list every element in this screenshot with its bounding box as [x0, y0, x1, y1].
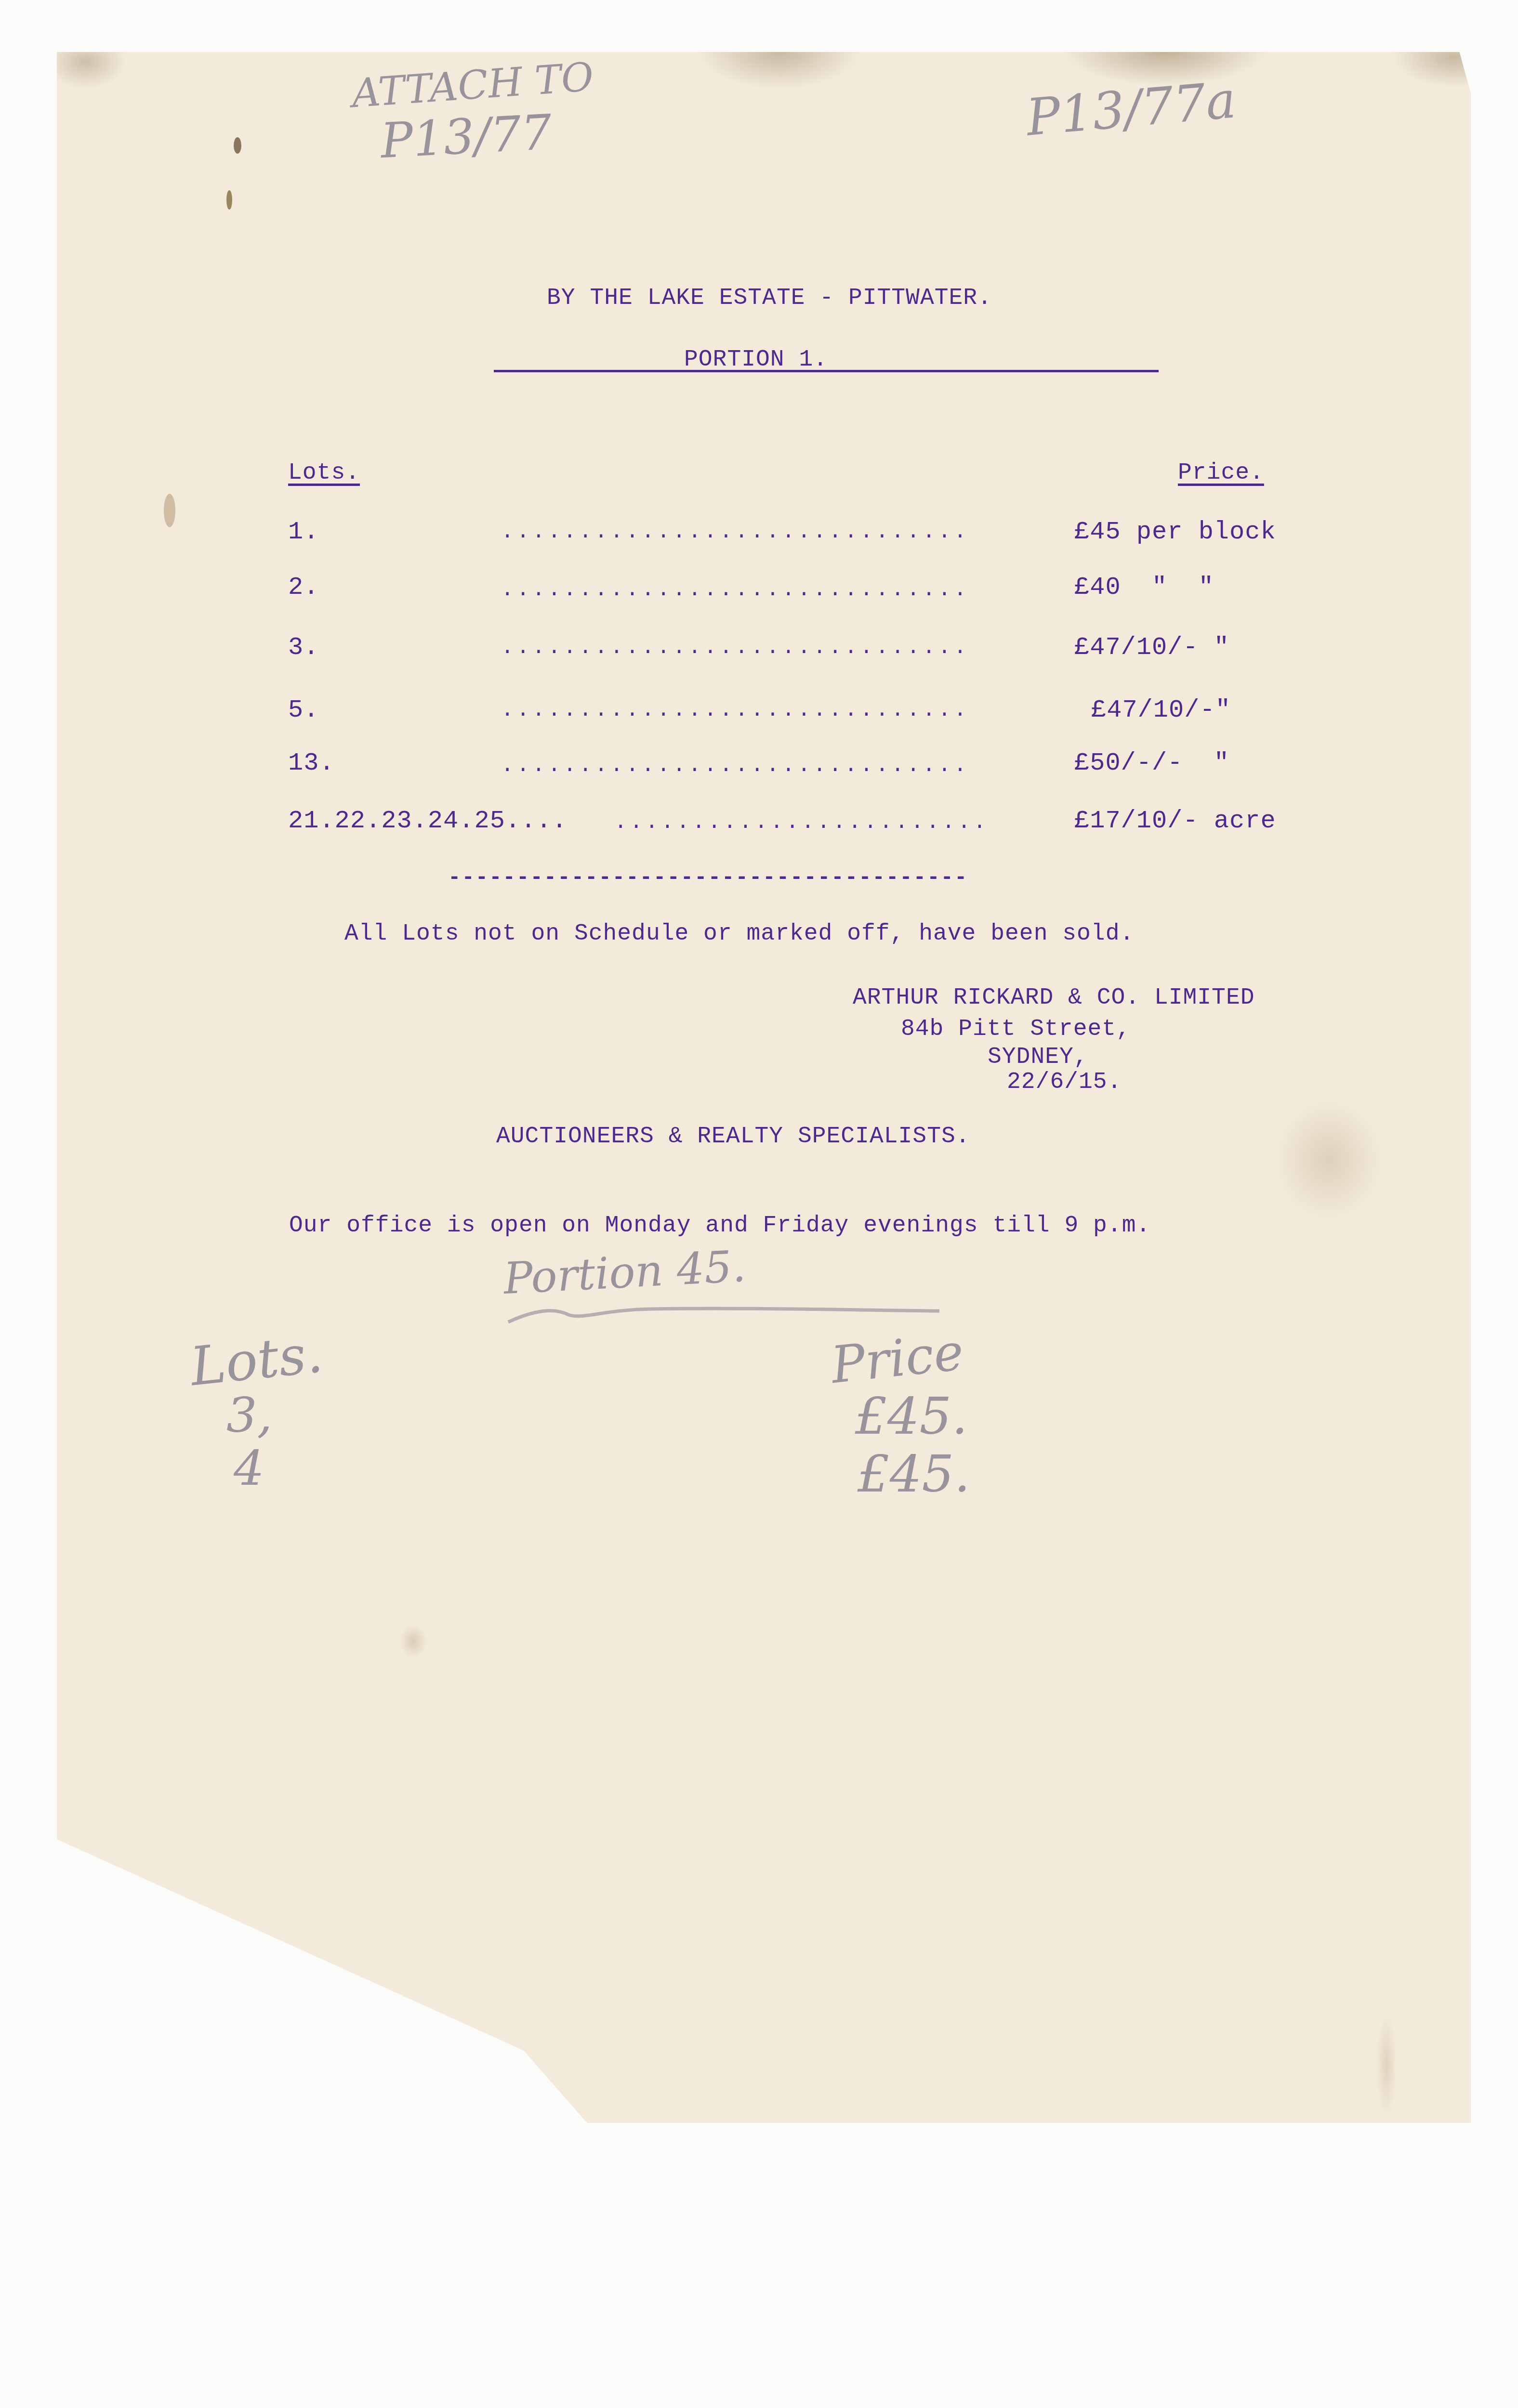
price-column-header: Price. [1178, 460, 1264, 486]
pencil-attach-ref: P13/77 [379, 104, 553, 169]
lot-price: £45 per block [1074, 518, 1276, 546]
lot-price: £47/10/- " [1074, 633, 1229, 662]
pencil-lot: 4 [234, 1440, 264, 1496]
lot-number: 13. [288, 749, 335, 777]
lot-number: 1. [288, 518, 319, 546]
lot-number: 3. [288, 633, 319, 662]
dot-leader: .............................. [501, 636, 1009, 660]
lot-price: £17/10/- acre [1074, 807, 1276, 835]
stain-speck [164, 494, 175, 527]
pencil-lot: 3, [226, 1387, 272, 1443]
stain-speck [226, 190, 232, 209]
dot-leader: .............................. [501, 698, 1009, 722]
lot-number: 21.22.23.24.25.... [288, 807, 568, 835]
lot-number: 2. [288, 573, 319, 602]
lots-column-header: Lots. [288, 460, 360, 486]
pencil-price: £45. [858, 1445, 970, 1504]
company-tagline: AUCTIONEERS & REALTY SPECIALISTS. [496, 1124, 970, 1150]
portion-title: PORTION 1. [684, 347, 828, 373]
company-city: SYDNEY, [988, 1044, 1088, 1070]
lot-number: 5. [288, 696, 319, 724]
schedule-divider: -------------------------------------- [448, 866, 968, 890]
dot-leader: ........................ [614, 811, 1021, 835]
pencil-price: £45. [855, 1387, 968, 1446]
company-address: 84b Pitt Street, [901, 1016, 1131, 1042]
office-hours: Our office is open on Monday and Friday … [289, 1213, 1150, 1239]
lot-price: £47/10/-" [1091, 696, 1231, 724]
sold-note: All Lots not on Schedule or marked off, … [344, 921, 1134, 947]
document-date: 22/6/15. [1007, 1069, 1122, 1095]
dot-leader: .............................. [501, 520, 1009, 544]
dot-leader: .............................. [501, 754, 1019, 778]
dot-leader: .............................. [501, 578, 1009, 602]
company-name: ARTHUR RICKARD & CO. LIMITED [853, 985, 1255, 1011]
lot-price: £50/-/- " [1074, 749, 1229, 777]
estate-title: BY THE LAKE ESTATE - PITTWATER. [547, 285, 992, 311]
pencil-underline-squiggle [506, 1300, 939, 1329]
stain-speck [234, 137, 241, 154]
title-underline [494, 370, 1159, 372]
lot-price: £40 " " [1074, 573, 1214, 602]
